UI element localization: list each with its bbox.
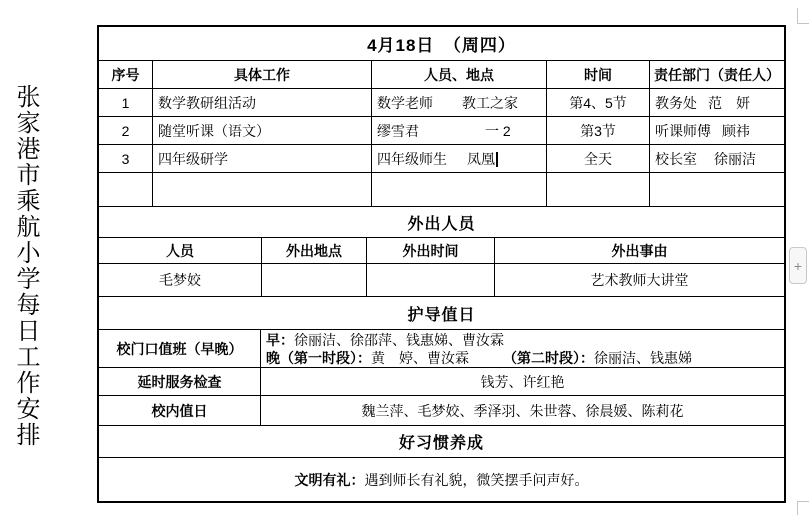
row-no-cell[interactable]: 2: [99, 117, 153, 144]
outgoing-section-row: 外出人员: [99, 207, 784, 238]
place-text: 一 2: [485, 121, 511, 141]
habit-section-title[interactable]: 好习惯养成: [99, 426, 784, 457]
dept-text: 校长室: [655, 149, 697, 169]
text-cursor: [496, 152, 498, 167]
row-dept-cell[interactable]: 教务处 范 妍: [650, 89, 784, 116]
date-title-row: 4月18日 （周四）: [99, 27, 784, 61]
duty-gate-lines: 早：徐丽洁、徐邵萍、钱惠娣、曹汝霖 晚（第一时段）：黄 婷、曹汝霖（第二时段）：…: [261, 330, 784, 367]
duty-campus-label[interactable]: 校内值日: [99, 396, 261, 425]
gate-morning-label: 早：: [266, 332, 294, 348]
table-row: 1 数学教研组活动 数学老师 教工之家 第4、5节 教务处 范 妍: [99, 89, 784, 117]
header-dept[interactable]: 责任部门（责任人）: [650, 61, 784, 88]
duty-gate-content[interactable]: 早：徐丽洁、徐邵萍、钱惠娣、曹汝霖 晚（第一时段）：黄 婷、曹汝霖（第二时段）：…: [261, 330, 784, 367]
insert-plus-button[interactable]: +: [789, 247, 807, 284]
row-person-place-cell[interactable]: [372, 173, 547, 206]
gate-morning-names: 徐丽洁、徐邵萍、钱惠娣、曹汝霖: [294, 332, 504, 348]
table-row: 3 四年级研学 四年级师生 凤凰 全天 校长室 徐丽洁: [99, 145, 784, 173]
outgoing-person-cell[interactable]: 毛梦姣: [99, 264, 262, 296]
header-work[interactable]: 具体工作: [153, 61, 372, 88]
header-time[interactable]: 时间: [547, 61, 650, 88]
duty-delay-row: 延时服务检查 钱芳、许红艳: [99, 368, 784, 396]
person-text: 四年级师生: [377, 149, 447, 169]
duty-gate-label[interactable]: 校门口值班（早晚）: [99, 330, 261, 367]
owner-text: 顾祎: [722, 121, 750, 141]
place-text-value: 凤凰: [467, 151, 495, 167]
row-person-place-cell[interactable]: 四年级师生 凤凰: [372, 145, 547, 172]
person-text: 数学老师: [377, 93, 433, 113]
date-title[interactable]: 4月18日 （周四）: [99, 27, 784, 60]
plus-icon: +: [794, 258, 802, 274]
place-text: 教工之家: [462, 93, 518, 113]
habit-text: 遇到师长有礼貌，微笑摆手问声好。: [365, 470, 589, 490]
table-row-empty: [99, 173, 784, 207]
row-person-place-cell[interactable]: 缪雪君 一 2: [372, 117, 547, 144]
row-time-cell[interactable]: 全天: [547, 145, 650, 172]
gate-evening1-names: 黄 婷、曹汝霖: [371, 350, 469, 366]
daily-schedule-table: 4月18日 （周四） 序号 具体工作 人员、地点 时间 责任部门（责任人） 1 …: [97, 25, 786, 503]
row-work-cell[interactable]: 四年级研学: [153, 145, 372, 172]
duty-section-row: 护导值日: [99, 297, 784, 330]
duty-section-title[interactable]: 护导值日: [99, 297, 784, 329]
dept-text: 教务处: [655, 93, 697, 113]
document-vertical-title[interactable]: 张家港市乘航小学每日工作安排: [8, 84, 43, 456]
dept-text: 听课师傅: [655, 121, 711, 141]
header-no[interactable]: 序号: [99, 61, 153, 88]
outgoing-time-cell[interactable]: [367, 264, 495, 296]
duty-campus-names[interactable]: 魏兰萍、毛梦姣、季泽羽、朱世蓉、徐晨媛、陈莉花: [261, 396, 784, 425]
row-no-cell[interactable]: 1: [99, 89, 153, 116]
row-no-cell[interactable]: 3: [99, 145, 153, 172]
row-time-cell[interactable]: 第3节: [547, 117, 650, 144]
outgoing-header-reason[interactable]: 外出事由: [495, 238, 784, 263]
row-dept-cell[interactable]: [650, 173, 784, 206]
outgoing-section-title[interactable]: 外出人员: [99, 207, 784, 237]
row-work-cell[interactable]: 随堂听课（语文）: [153, 117, 372, 144]
row-time-cell[interactable]: [547, 173, 650, 206]
person-text: 缪雪君: [377, 121, 419, 141]
row-work-cell[interactable]: 数学教研组活动: [153, 89, 372, 116]
table-row: 2 随堂听课（语文） 缪雪君 一 2 第3节 听课师傅 顾祎: [99, 117, 784, 145]
row-no-cell[interactable]: [99, 173, 153, 206]
header-person-place[interactable]: 人员、地点: [372, 61, 547, 88]
habit-section-row: 好习惯养成: [99, 426, 784, 458]
place-text: 凤凰: [467, 149, 498, 169]
row-work-cell[interactable]: [153, 173, 372, 206]
outgoing-reason-cell[interactable]: 艺术教师大讲堂: [495, 264, 784, 296]
duty-delay-label[interactable]: 延时服务检查: [99, 368, 261, 395]
owner-text: 范 妍: [708, 93, 750, 113]
duty-gate-row: 校门口值班（早晚） 早：徐丽洁、徐邵萍、钱惠娣、曹汝霖 晚（第一时段）：黄 婷、…: [99, 330, 784, 368]
habit-content-row: 文明有礼：遇到师长有礼貌，微笑摆手问声好。: [99, 458, 784, 501]
main-header-row: 序号 具体工作 人员、地点 时间 责任部门（责任人）: [99, 61, 784, 89]
page-corner-mark-bottom-right: [797, 501, 809, 515]
owner-text: 徐丽洁: [714, 149, 756, 169]
outgoing-header-row: 人员 外出地点 外出时间 外出事由: [99, 238, 784, 264]
row-time-cell[interactable]: 第4、5节: [547, 89, 650, 116]
outgoing-header-time[interactable]: 外出时间: [367, 238, 495, 263]
outgoing-header-person[interactable]: 人员: [99, 238, 262, 263]
habit-label: 文明有礼：: [295, 470, 365, 490]
duty-delay-names[interactable]: 钱芳、许红艳: [261, 368, 784, 395]
row-person-place-cell[interactable]: 数学老师 教工之家: [372, 89, 547, 116]
gate-evening2-names: 徐丽洁、钱惠娣: [594, 350, 692, 366]
page-corner-mark-top-right: [797, 8, 809, 24]
gate-evening1-label: 晚（第一时段）：: [266, 350, 371, 366]
outgoing-place-cell[interactable]: [262, 264, 367, 296]
row-dept-cell[interactable]: 听课师傅 顾祎: [650, 117, 784, 144]
outgoing-header-place[interactable]: 外出地点: [262, 238, 367, 263]
row-dept-cell[interactable]: 校长室 徐丽洁: [650, 145, 784, 172]
habit-content-cell[interactable]: 文明有礼：遇到师长有礼貌，微笑摆手问声好。: [99, 458, 784, 501]
outgoing-row: 毛梦姣 艺术教师大讲堂: [99, 264, 784, 297]
duty-campus-row: 校内值日 魏兰萍、毛梦姣、季泽羽、朱世蓉、徐晨媛、陈莉花: [99, 396, 784, 426]
gate-evening2-label: （第二时段）：: [503, 350, 594, 366]
